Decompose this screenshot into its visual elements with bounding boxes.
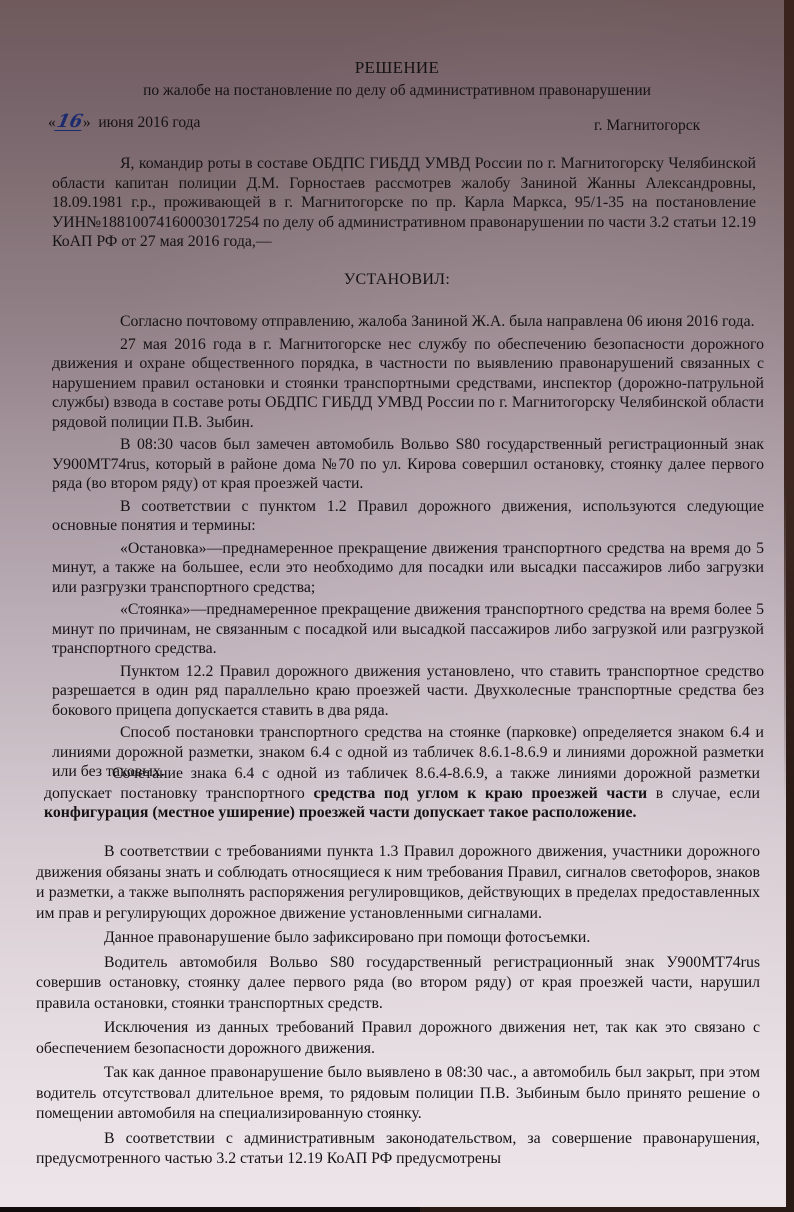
paragraph-definition-stop: «Остановка»—преднамеренное прекращение д… [52, 539, 764, 598]
background-edge [784, 0, 794, 800]
paragraph-definition-parking: «Стоянка»—преднамеренное прекращение дви… [52, 600, 764, 659]
date-month-year: июня 2016 года [98, 114, 200, 131]
document-city: г. Магнитогорск [594, 117, 700, 135]
body-part-1: Согласно почтовому отправлению, жалоба З… [52, 312, 764, 782]
paragraph: 27 мая 2016 года в г. Магнитогорске нес … [52, 335, 764, 433]
paragraph: Данное правонарушение было зафиксировано… [36, 928, 760, 949]
paragraph: В соответствии с требованиями пункта 1.3… [36, 842, 760, 924]
paragraph: Водитель автомобиля Вольво S80 государст… [36, 953, 760, 1015]
document-date: «16» июня 2016 года [48, 114, 200, 132]
paragraph: Так как данное правонарушение было выявл… [36, 1063, 760, 1125]
intro-paragraph: Я, командир роты в составе ОБДПС ГИБДД У… [52, 154, 756, 252]
section-heading: УСТАНОВИЛ: [0, 271, 794, 289]
paragraph: В 08:30 часов был замечен автомобиль Вол… [52, 435, 764, 494]
document-subtitle: по жалобе на постановление по делу об ад… [0, 82, 794, 100]
paragraph-last: В соответствии с административным законо… [36, 1129, 760, 1170]
paragraph: Пунктом 12.2 Правил дорожного движения у… [52, 662, 764, 721]
body-part-2: В соответствии с требованиями пункта 1.3… [36, 842, 760, 1170]
combination-bold-text: средства под углом к краю проезжей части [313, 785, 647, 802]
combination-text: в случае, если [647, 785, 760, 802]
paragraph: Согласно почтовому отправлению, жалоба З… [52, 312, 764, 332]
background-bottom-edge [0, 1207, 420, 1212]
document-title: РЕШЕНИЕ [0, 58, 794, 78]
paragraph: Исключения из данных требований Правил д… [36, 1018, 760, 1059]
combination-paragraph: Сочетание знака 6.4 с одной из табличек … [44, 764, 760, 823]
paragraph: В соответствии с пунктом 1.2 Правил доро… [52, 497, 764, 536]
combination-bold-text: конфигурация (местное уширение) проезжей… [44, 804, 636, 821]
intro-text: Я, командир роты в составе ОБДПС ГИБДД У… [52, 154, 756, 252]
handwritten-day: 16 [54, 114, 85, 131]
